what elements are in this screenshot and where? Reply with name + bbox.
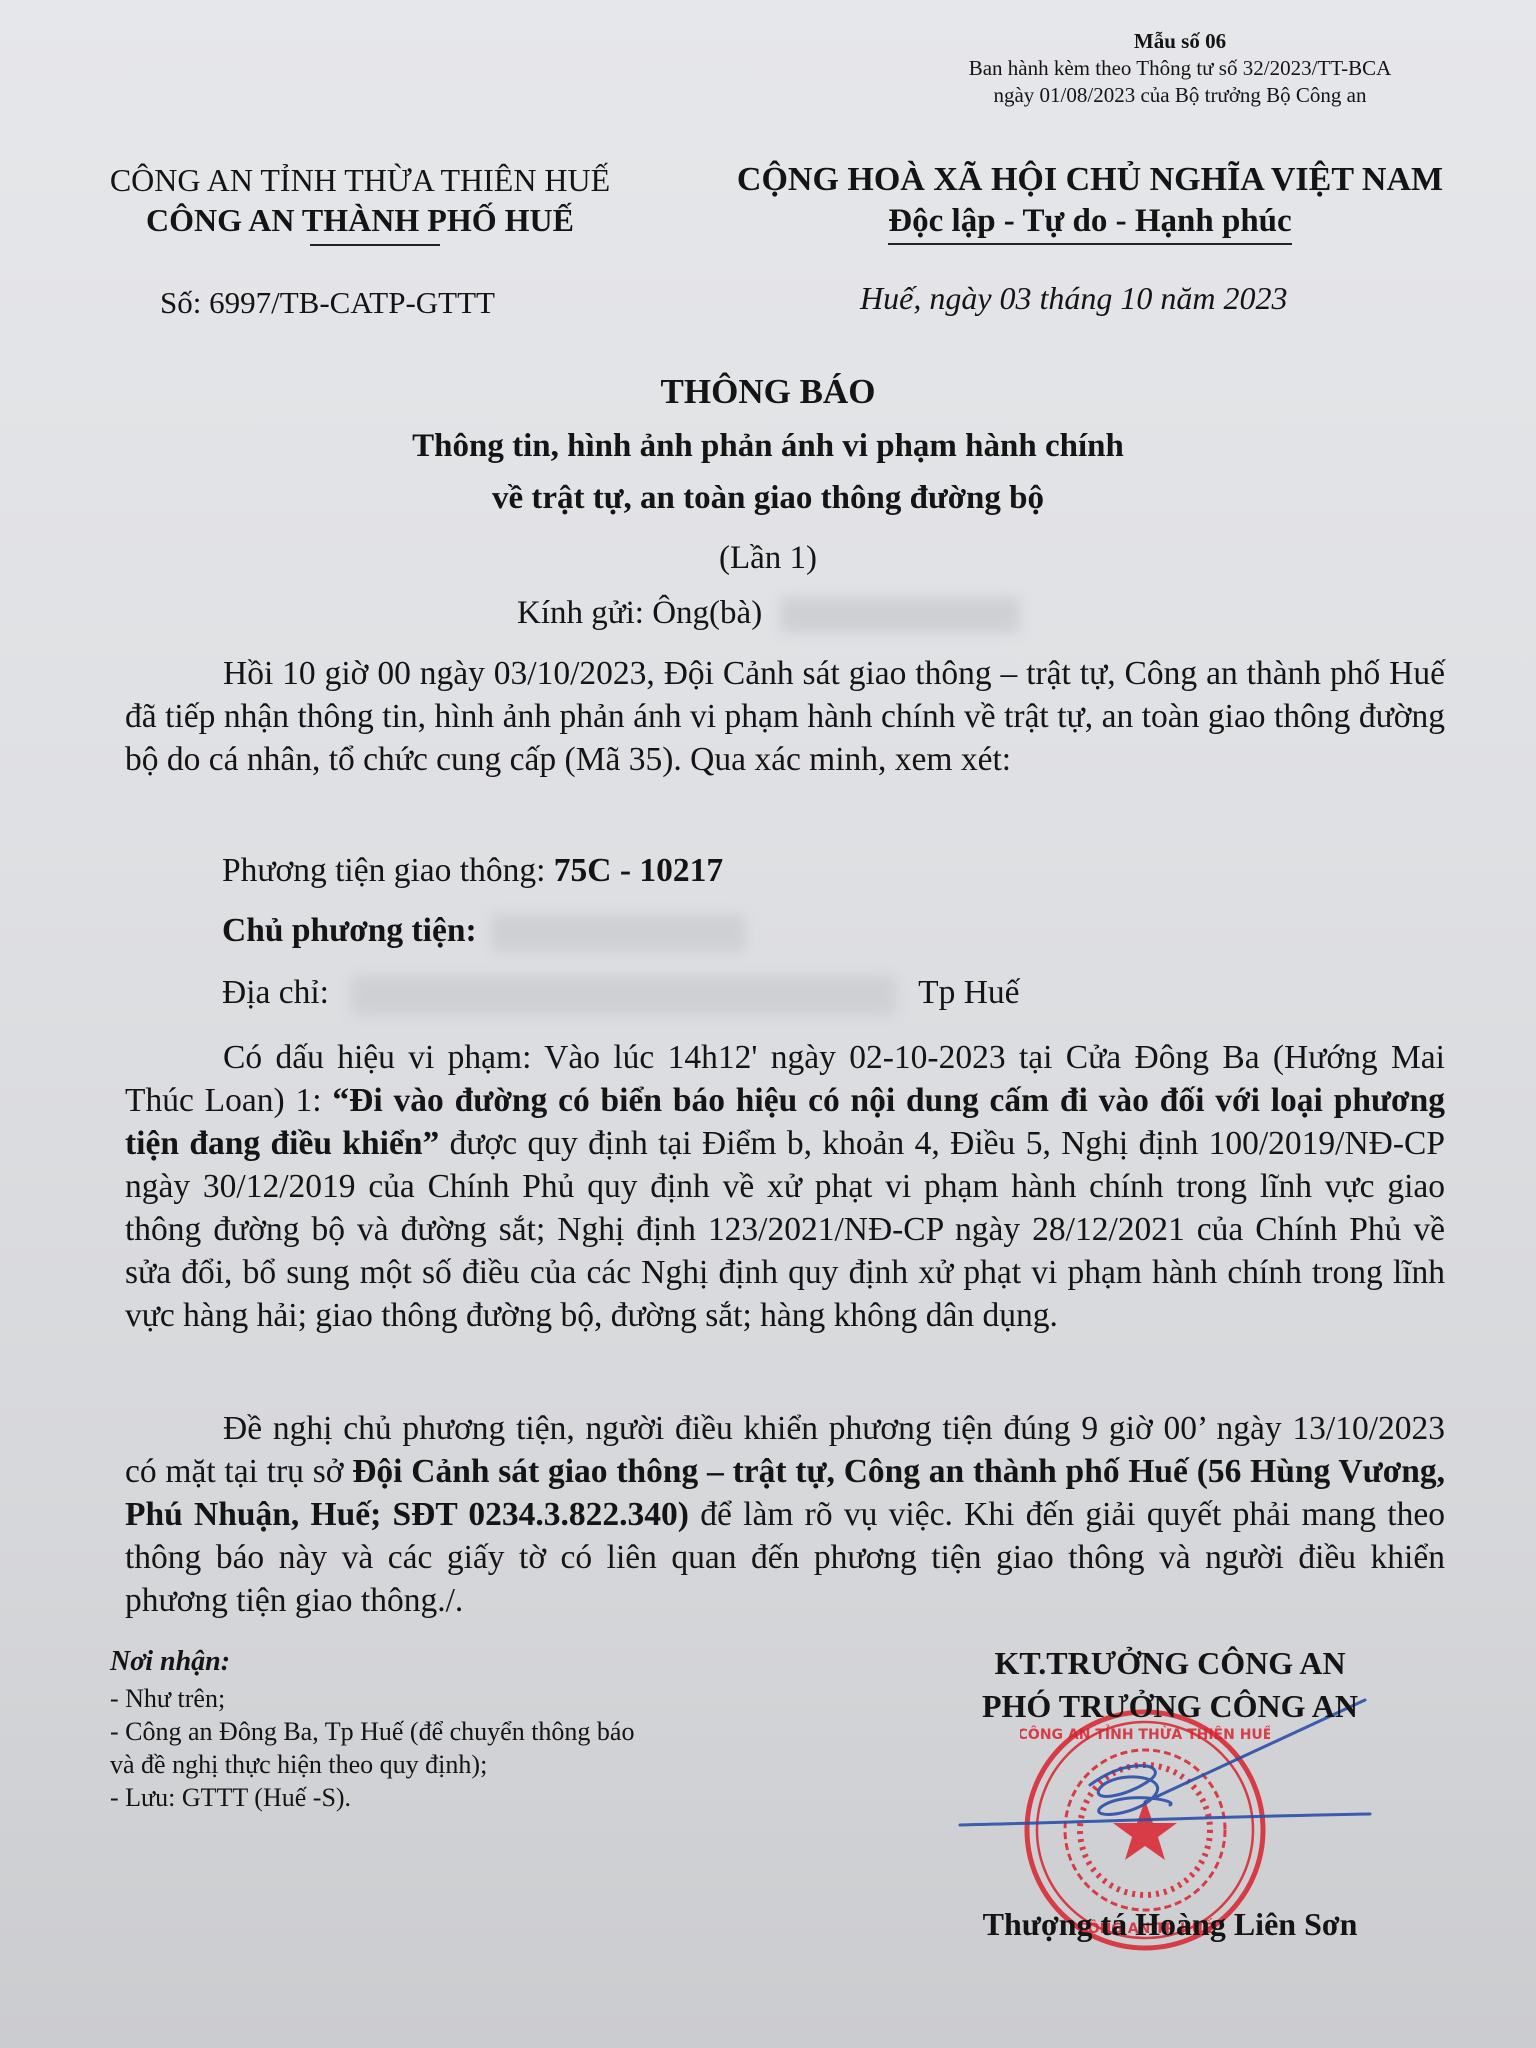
greeting: Kính gửi: Ông(bà) <box>517 595 1020 633</box>
redacted-owner-name <box>491 914 746 952</box>
signer-name: Thượng tá Hoàng Liên Sơn <box>930 1906 1410 1943</box>
address-field: Địa chỉ: Tp Huế <box>222 974 1020 1015</box>
recipients-heading: Nơi nhận: <box>110 1645 634 1678</box>
issuing-organization: CÔNG AN TỈNH THỪA THIÊN HUẾ CÔNG AN THÀN… <box>50 160 670 246</box>
form-note: Mẫu số 06 Ban hành kèm theo Thông tư số … <box>900 28 1460 109</box>
signer-role-secondary: PHÓ TRƯỞNG CÔNG AN <box>930 1685 1410 1728</box>
address-suffix: Tp Huế <box>918 974 1019 1011</box>
paragraph-intake: Hồi 10 giờ 00 ngày 03/10/2023, Đội Cảnh … <box>125 652 1445 781</box>
owner-field: Chủ phương tiện: <box>222 912 746 952</box>
document-title: THÔNG BÁO <box>0 372 1536 412</box>
org-name: CÔNG AN THÀNH PHỐ HUẾ <box>50 200 670 240</box>
signature-block: KT.TRƯỞNG CÔNG AN PHÓ TRƯỞNG CÔNG AN Thư… <box>930 1642 1410 1728</box>
notice-document: Mẫu số 06 Ban hành kèm theo Thông tư số … <box>0 0 1536 2048</box>
recipients-list: Nơi nhận: - Như trên; - Công an Đông Ba,… <box>110 1645 634 1814</box>
address-label: Địa chỉ: <box>222 974 329 1011</box>
signer-role-primary: KT.TRƯỞNG CÔNG AN <box>930 1642 1410 1685</box>
owner-label: Chủ phương tiện: <box>222 912 477 949</box>
vehicle-field: Phương tiện giao thông: 75C - 10217 <box>222 852 723 890</box>
form-number: Mẫu số 06 <box>900 28 1460 55</box>
document-number: Số: 6997/TB-CATP-GTTT <box>160 285 495 321</box>
paragraph-violation: Có dấu hiệu vi phạm: Vào lúc 14h12' ngày… <box>125 1036 1445 1337</box>
recipient-item: - Lưu: GTTT (Huế -S). <box>110 1781 634 1814</box>
national-motto: Độc lập - Tự do - Hạnh phúc <box>888 200 1291 245</box>
country-name: CỘNG HOÀ XÃ HỘI CHỦ NGHĨA VIỆT NAM <box>700 160 1480 200</box>
document-subtitle-2: về trật tự, an toàn giao thông đường bộ <box>0 480 1536 517</box>
national-header: CỘNG HOÀ XÃ HỘI CHỦ NGHĨA VIỆT NAM Độc l… <box>700 160 1480 245</box>
redacted-address <box>351 975 896 1015</box>
greeting-label: Kính gửi: Ông(bà) <box>517 595 762 631</box>
paragraph-summons: Đề nghị chủ phương tiện, người điều khiể… <box>125 1407 1445 1622</box>
document-subtitle-1: Thông tin, hình ảnh phản ánh vi phạm hàn… <box>0 428 1536 465</box>
redacted-recipient-name <box>780 597 1020 633</box>
vehicle-label: Phương tiện giao thông: <box>222 852 554 889</box>
form-issued-date: ngày 01/08/2023 của Bộ trưởng Bộ Công an <box>900 82 1460 109</box>
recipient-item: và đề nghị thực hiện theo quy định); <box>110 1748 634 1781</box>
org-parent: CÔNG AN TỈNH THỪA THIÊN HUẾ <box>50 160 670 200</box>
vehicle-plate: 75C - 10217 <box>554 852 723 889</box>
org-underline <box>310 244 440 246</box>
form-issued-with: Ban hành kèm theo Thông tư số 32/2023/TT… <box>900 55 1460 82</box>
place-and-date: Huế, ngày 03 tháng 10 năm 2023 <box>860 280 1288 317</box>
recipient-item: - Như trên; <box>110 1682 634 1715</box>
recipient-item: - Công an Đông Ba, Tp Huế (để chuyển thô… <box>110 1715 634 1748</box>
notice-sequence: (Lần 1) <box>0 540 1536 577</box>
